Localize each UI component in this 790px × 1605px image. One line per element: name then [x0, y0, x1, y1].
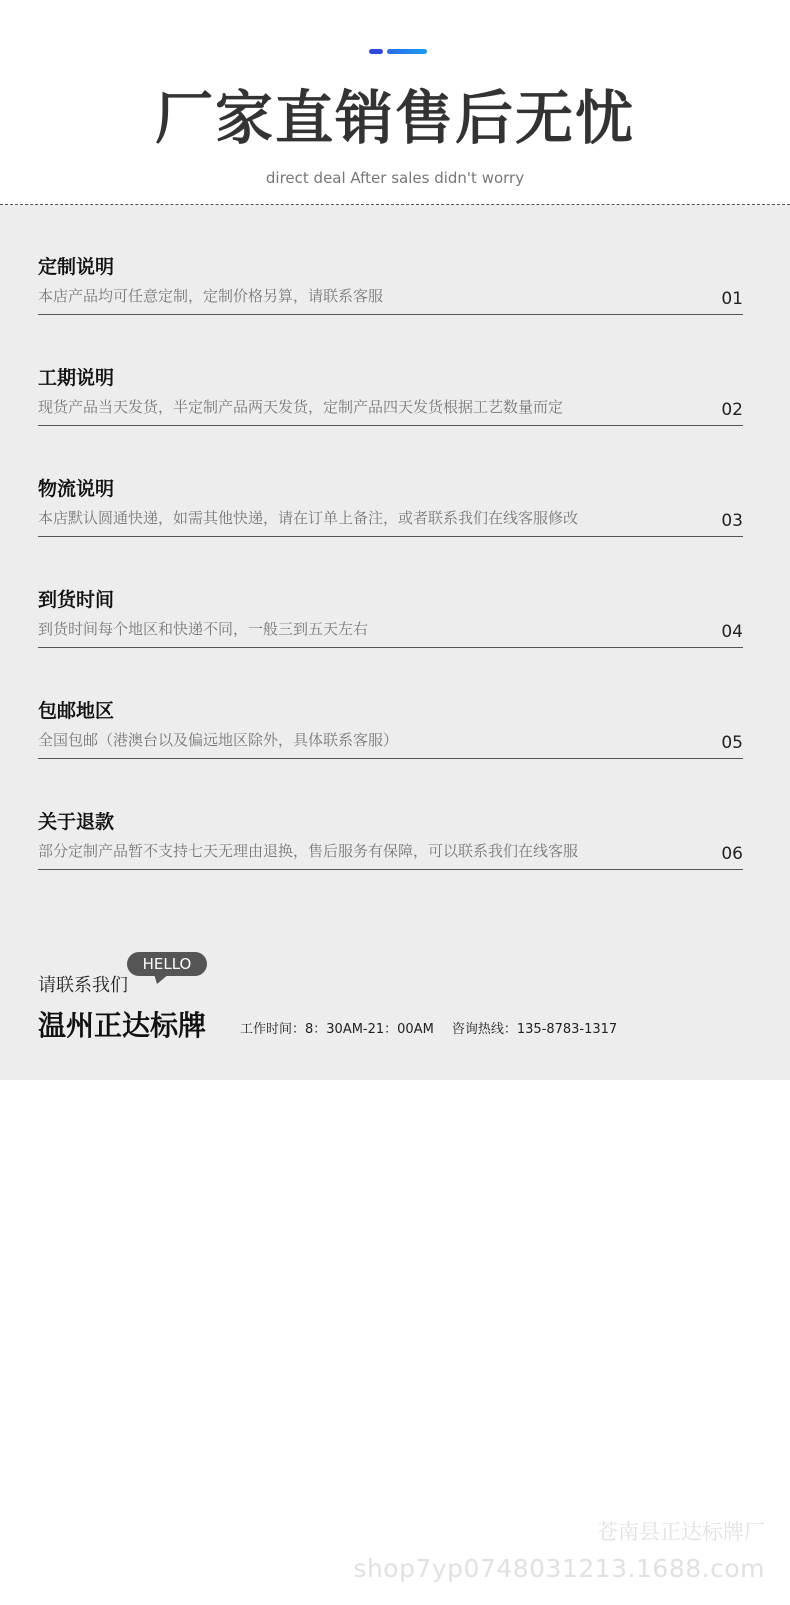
contact-info: 工作时间：8：30AM-21：00AM咨询热线：135-8783-1317	[240, 1021, 617, 1039]
item-divider	[38, 536, 743, 537]
company-name: 温州正达标牌	[38, 1008, 206, 1044]
page-title: 厂家直销售后无忧	[0, 82, 790, 154]
item-number: 03	[721, 511, 743, 531]
item-desc: 部分定制产品暂不支持七天无理由退换，售后服务有保障，可以联系我们在线客服	[38, 841, 578, 861]
item-title: 关于退款	[38, 810, 114, 834]
item-number: 02	[721, 400, 743, 420]
watermark-shop-url: shop7yp0748031213.1688.com	[353, 1554, 765, 1584]
item-desc: 本店产品均可任意定制，定制价格另算，请联系客服	[38, 286, 383, 306]
accent-bar-long	[387, 49, 427, 54]
item-title: 工期说明	[38, 366, 114, 390]
item-desc: 本店默认圆通快递，如需其他快递，请在订单上备注，或者联系我们在线客服修改	[38, 508, 578, 528]
info-item-logistics: 物流说明 本店默认圆通快递，如需其他快递，请在订单上备注，或者联系我们在线客服修…	[38, 477, 743, 547]
contact-label: 请联系我们	[38, 974, 128, 998]
item-number: 05	[721, 733, 743, 753]
item-divider	[38, 869, 743, 870]
item-desc: 全国包邮（港澳台以及偏远地区除外，具体联系客服）	[38, 730, 398, 750]
item-desc: 到货时间每个地区和快递不同，一般三到五天左右	[38, 619, 368, 639]
item-divider	[38, 758, 743, 759]
accent-bar-short	[369, 49, 383, 54]
item-divider	[38, 314, 743, 315]
hotline: 咨询热线：135-8783-1317	[452, 1022, 617, 1037]
hello-speech-bubble: HELLO	[127, 952, 207, 976]
watermark-shop-name: 苍南县正达标牌厂	[597, 1519, 765, 1545]
info-item-refund: 关于退款 部分定制产品暂不支持七天无理由退换，售后服务有保障，可以联系我们在线客…	[38, 810, 743, 880]
info-item-lead-time: 工期说明 现货产品当天发货，半定制产品两天发货，定制产品四天发货根据工艺数量而定…	[38, 366, 743, 436]
item-title: 定制说明	[38, 255, 114, 279]
info-item-free-shipping: 包邮地区 全国包邮（港澳台以及偏远地区除外，具体联系客服） 05	[38, 699, 743, 769]
info-item-arrival-time: 到货时间 到货时间每个地区和快递不同，一般三到五天左右 04	[38, 588, 743, 658]
item-number: 04	[721, 622, 743, 642]
header: 厂家直销售后无忧 direct deal After sales didn't …	[0, 0, 790, 205]
item-number: 06	[721, 844, 743, 864]
working-hours: 工作时间：8：30AM-21：00AM	[240, 1022, 434, 1037]
item-divider	[38, 425, 743, 426]
item-title: 包邮地区	[38, 699, 114, 723]
speech-bubble-tail-icon	[154, 974, 169, 984]
item-divider	[38, 647, 743, 648]
item-title: 到货时间	[38, 588, 114, 612]
item-desc: 现货产品当天发货，半定制产品两天发货，定制产品四天发货根据工艺数量而定	[38, 397, 563, 417]
item-number: 01	[721, 289, 743, 309]
item-title: 物流说明	[38, 477, 114, 501]
info-item-customization: 定制说明 本店产品均可任意定制，定制价格另算，请联系客服 01	[38, 255, 743, 325]
page-subtitle: direct deal After sales didn't worry	[0, 168, 790, 188]
